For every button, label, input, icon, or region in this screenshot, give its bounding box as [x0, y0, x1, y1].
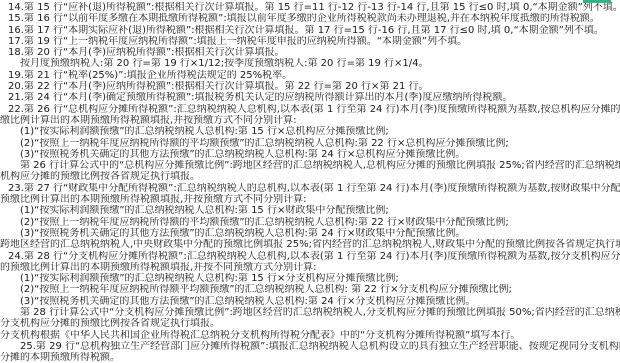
text-line: (2)“按照上一纳税年度应纳税所得额的平均额预缴”的汇总纳税纳税人总机构:第 2… [0, 138, 620, 149]
text-line: (2)“按照上一纳税年度应纳税所得额平均额预缴”的汇总纳税纳税人总机构: 第 2… [0, 284, 620, 295]
document-text: 14.第 15 行“应补(退)所得税额”:根据相关行次计算填报。第 15 行=1… [0, 0, 620, 363]
text-line: (2)“按照上一纳税年度应纳税所得额的平均额预缴”的汇总纳税纳税人总机构:第 2… [0, 217, 620, 228]
text-line: 跨地区经营的汇总纳税纳税人,中央财政集中分配的预缴比例填报 25%;省内经营的汇… [0, 239, 620, 250]
text-line: 机构应分摊的预缴比例按各省规定执行填报。 [0, 171, 620, 182]
text-line: (1)“按实际利润额预缴”的汇总纳税纳税人总机构:第 15 行×总机构应分摊预缴… [0, 126, 620, 137]
text-line: (3)“按照税务机关确定的其他方法预缴”的汇总纳税纳税人总机构:第 24 行×总… [0, 149, 620, 160]
text-line: 14.第 15 行“应补(退)所得税额”:根据相关行次计算填报。第 15 行=1… [0, 2, 620, 13]
text-line: 23.第 27 行“财政集中分配所得税额”:汇总纳税纳税人的总机构,以本表(第 … [0, 183, 620, 194]
text-line: 按月度预缴纳税人:第 20 行=第 19 行×1/12;按季度预缴纳税人:第 2… [0, 58, 620, 69]
text-line: 20.第 22 行“本月(季)应纳所得税额”:根据相关行次计算填报。第 22 行… [0, 81, 620, 92]
text-line: 24.第 28 行“分支机构应分摊所得税额”:汇总纳税纳税人总机构,以本表(第 … [0, 251, 620, 262]
text-line: 18.第 20 行“本月(季)应纳税所得额”:根据相关行次计算填报。 [0, 47, 620, 58]
document-page: 14.第 15 行“应补(退)所得税额”:根据相关行次计算填报。第 15 行=1… [0, 0, 620, 363]
text-line: 19.第 21 行“税率(25%)”:填报企业所得税法规定的 25%税率。 [0, 70, 620, 81]
text-line: 分支机构根据《中华人民共和国企业所得税汇总纳税分支机构所得税分配表》中的“分支机… [0, 330, 620, 341]
text-line: 分支机构应分摊的预缴比例按各省规定执行填报。 [0, 318, 620, 329]
text-line: (3)“按照税务机关确定的其他方法预缴”的汇总纳税纳税人总机构:第 24 行×分… [0, 296, 620, 307]
text-line: (1)“按实际利润额预缴”的汇总纳税纳税人总机构:第 15 行×财政集中分配预缴… [0, 205, 620, 216]
text-line: (1)“按实际利润额预缴”的汇总纳税纳税人总机构:第 15 行×分支机构应分摊预… [0, 273, 620, 284]
text-line: 17.第 19 行“上一纳税年度应纳税所得额”:填报上一纳税年度申报的应纳税所得… [0, 36, 620, 47]
text-line: 16.第 17 行“本期实际应补(退)所得税额”:根据相关行次计算填报。第 17… [0, 25, 620, 36]
top-right-highlight-bar [583, 0, 611, 3]
text-line: 分摊的本期预缴所得税额。 [0, 352, 620, 363]
text-line: 第 28 行计算公式中“分支机构应分摊预缴比例”:跨地区经营的汇总纳税纳税人,分… [0, 307, 620, 318]
text-line: 22.第 26 行“总机构应分摊所得税额”:汇总纳税纳税人总机构,以本表(第 1… [0, 104, 620, 115]
text-line: 15.第 16 行“以前年度多缴在本期抵缴所得税额”:填报以前年度多缴的企业所得… [0, 13, 620, 24]
text-line: 预缴比例计算出的本期预缴所得税额填报,并按预缴方式不同分别计算: [0, 194, 620, 205]
text-line: 25.第 29 行“总机构独立生产经营部门应分摊所得税额”:填报汇总纳税纳税人总… [0, 341, 620, 352]
text-line: 缴比例计算出的本期预缴所得税额填报,并按预缴方式不同分别计算: [0, 115, 620, 126]
text-line: (3)“按照税务机关确定的其他方法预缴”的汇总纳税纳税人总机构:第 24 行×财… [0, 228, 620, 239]
text-line: 第 26 行计算公式中的“总机构应分摊预缴比例”:跨地区经营的汇总纳税纳税人,总… [0, 160, 620, 171]
text-line: 的预缴比例计算出的本期预缴所得税额填报,并按不同预缴方式分别计算: [0, 262, 620, 273]
text-line: 21.第 24 行“本月(季)确定预缴所得税额”:填报税务机关认定的应纳税所得额… [0, 92, 620, 103]
